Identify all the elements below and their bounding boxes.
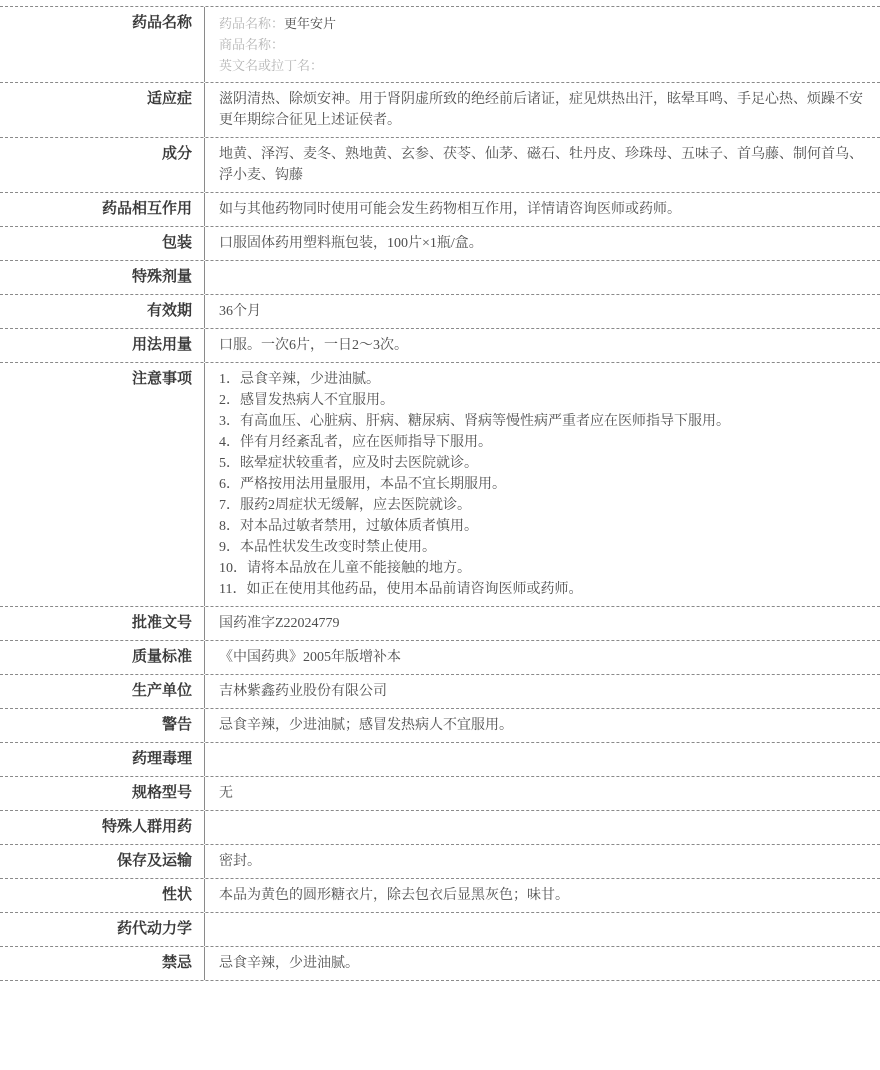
row-label: 特殊剂量 <box>0 261 205 294</box>
row-label: 药代动力学 <box>0 913 205 946</box>
row-label: 适应症 <box>0 83 205 137</box>
name-field-line: 商品名称： <box>219 34 866 55</box>
row-value: 国药准字Z22024779 <box>205 607 880 640</box>
precaution-line: 5．眩晕症状较重者，应及时去医院就诊。 <box>219 453 866 474</box>
row-value: 密封。 <box>205 845 880 878</box>
row-label: 质量标准 <box>0 641 205 674</box>
field-key: 药品名称： <box>219 16 284 31</box>
row-value: 药品名称：更年安片商品名称：英文名或拉丁名： <box>205 7 880 82</box>
row-label: 有效期 <box>0 295 205 328</box>
table-row: 特殊人群用药 <box>0 810 880 844</box>
precaution-line: 3．有高血压、心脏病、肝病、糖尿病、肾病等慢性病严重者应在医师指导下服用。 <box>219 411 866 432</box>
precaution-line: 2．感冒发热病人不宜服用。 <box>219 390 866 411</box>
precaution-line: 4．伴有月经紊乱者，应在医师指导下服用。 <box>219 432 866 453</box>
row-label: 注意事项 <box>0 363 205 606</box>
row-label: 性状 <box>0 879 205 912</box>
table-row: 特殊剂量 <box>0 260 880 294</box>
table-row: 注意事项1．忌食辛辣，少进油腻。2．感冒发热病人不宜服用。3．有高血压、心脏病、… <box>0 362 880 606</box>
row-value: 本品为黄色的圆形糖衣片，除去包衣后显黑灰色；味甘。 <box>205 879 880 912</box>
precaution-line: 8．对本品过敏者禁用，过敏体质者慎用。 <box>219 516 866 537</box>
table-row: 有效期36个月 <box>0 294 880 328</box>
field-value: 更年安片 <box>284 16 336 31</box>
row-value: 吉林紫鑫药业股份有限公司 <box>205 675 880 708</box>
row-label: 药品名称 <box>0 7 205 82</box>
row-label: 特殊人群用药 <box>0 811 205 844</box>
table-row: 成分地黄、泽泻、麦冬、熟地黄、玄参、茯苓、仙茅、磁石、牡丹皮、珍珠母、五味子、首… <box>0 137 880 192</box>
table-row: 药理毒理 <box>0 742 880 776</box>
name-field-line: 药品名称：更年安片 <box>219 13 866 34</box>
row-value: 无 <box>205 777 880 810</box>
row-label: 警告 <box>0 709 205 742</box>
row-value: 口服固体药用塑料瓶包装，100片×1瓶/盒。 <box>205 227 880 260</box>
table-row: 质量标准《中国药典》2005年版增补本 <box>0 640 880 674</box>
field-key: 英文名或拉丁名： <box>219 58 323 73</box>
table-row: 规格型号无 <box>0 776 880 810</box>
precaution-line: 9．本品性状发生改变时禁止使用。 <box>219 537 866 558</box>
row-value: 口服。一次6片，一日2～3次。 <box>205 329 880 362</box>
table-row: 适应症滋阴清热、除烦安神。用于肾阴虚所致的绝经前后诸证，症见烘热出汗，眩晕耳鸣、… <box>0 82 880 137</box>
row-label: 批准文号 <box>0 607 205 640</box>
row-value: 忌食辛辣，少进油腻；感冒发热病人不宜服用。 <box>205 709 880 742</box>
row-value: 地黄、泽泻、麦冬、熟地黄、玄参、茯苓、仙茅、磁石、牡丹皮、珍珠母、五味子、首乌藤… <box>205 138 880 192</box>
table-row: 批准文号国药准字Z22024779 <box>0 606 880 640</box>
table-row: 警告忌食辛辣，少进油腻；感冒发热病人不宜服用。 <box>0 708 880 742</box>
table-row: 药品名称药品名称：更年安片商品名称：英文名或拉丁名： <box>0 6 880 82</box>
table-row: 药品相互作用如与其他药物同时使用可能会发生药物相互作用，详情请咨询医师或药师。 <box>0 192 880 226</box>
table-row: 性状本品为黄色的圆形糖衣片，除去包衣后显黑灰色；味甘。 <box>0 878 880 912</box>
table-row: 用法用量口服。一次6片，一日2～3次。 <box>0 328 880 362</box>
table-row: 生产单位吉林紫鑫药业股份有限公司 <box>0 674 880 708</box>
field-key: 商品名称： <box>219 37 284 52</box>
row-value: 滋阴清热、除烦安神。用于肾阴虚所致的绝经前后诸证，症见烘热出汗，眩晕耳鸣、手足心… <box>205 83 880 137</box>
row-value <box>205 743 880 776</box>
drug-info-table: 药品名称药品名称：更年安片商品名称：英文名或拉丁名：适应症滋阴清热、除烦安神。用… <box>0 6 880 981</box>
row-value: 《中国药典》2005年版增补本 <box>205 641 880 674</box>
precaution-line: 1．忌食辛辣，少进油腻。 <box>219 369 866 390</box>
table-row: 药代动力学 <box>0 912 880 946</box>
row-value <box>205 811 880 844</box>
row-label: 规格型号 <box>0 777 205 810</box>
row-value <box>205 261 880 294</box>
table-row: 禁忌忌食辛辣，少进油腻。 <box>0 946 880 980</box>
row-label: 生产单位 <box>0 675 205 708</box>
row-label: 保存及运输 <box>0 845 205 878</box>
precaution-line: 11．如正在使用其他药品，使用本品前请咨询医师或药师。 <box>219 579 866 600</box>
row-value: 如与其他药物同时使用可能会发生药物相互作用，详情请咨询医师或药师。 <box>205 193 880 226</box>
row-label: 药理毒理 <box>0 743 205 776</box>
precaution-line: 6．严格按用法用量服用，本品不宜长期服用。 <box>219 474 866 495</box>
precaution-line: 7．服药2周症状无缓解，应去医院就诊。 <box>219 495 866 516</box>
row-label: 成分 <box>0 138 205 192</box>
row-value: 36个月 <box>205 295 880 328</box>
row-value: 忌食辛辣，少进油腻。 <box>205 947 880 980</box>
table-row: 包装口服固体药用塑料瓶包装，100片×1瓶/盒。 <box>0 226 880 260</box>
row-label: 药品相互作用 <box>0 193 205 226</box>
table-row: 保存及运输密封。 <box>0 844 880 878</box>
precaution-line: 10．请将本品放在儿童不能接触的地方。 <box>219 558 866 579</box>
row-value <box>205 913 880 946</box>
name-field-line: 英文名或拉丁名： <box>219 55 866 76</box>
row-label: 用法用量 <box>0 329 205 362</box>
row-label: 禁忌 <box>0 947 205 980</box>
row-label: 包装 <box>0 227 205 260</box>
row-value: 1．忌食辛辣，少进油腻。2．感冒发热病人不宜服用。3．有高血压、心脏病、肝病、糖… <box>205 363 880 606</box>
